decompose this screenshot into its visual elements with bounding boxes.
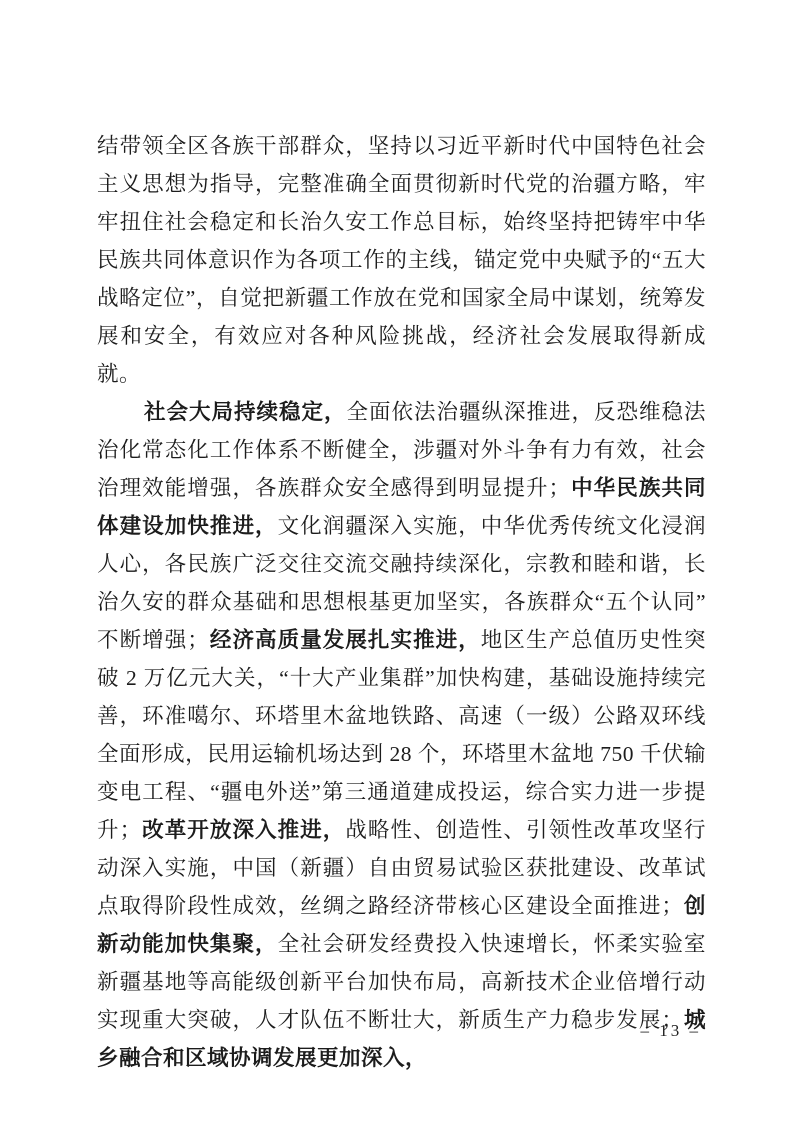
page-footer: – 13 – bbox=[641, 1020, 702, 1042]
page-number: – 13 – bbox=[641, 1021, 702, 1040]
body-text: 地区生产总值历史性突破 2 万亿元大关，“十大产业集群”加快构建，基础设施持续完… bbox=[97, 628, 706, 842]
emphasis-text: 改革开放深入推进， bbox=[142, 818, 346, 842]
document-body: 结带领全区各族干部群众，坚持以习近平新时代中国特色社会主义思想为指导，完整准确全… bbox=[97, 127, 706, 1077]
document-page: 结带领全区各族干部群众，坚持以习近平新时代中国特色社会主义思想为指导，完整准确全… bbox=[0, 0, 793, 1122]
body-text: 结带领全区各族干部群众，坚持以习近平新时代中国特色社会主义思想为指导，完整准确全… bbox=[97, 134, 706, 386]
emphasis-text: 社会大局持续稳定， bbox=[144, 400, 347, 424]
paragraph-continuation: 结带领全区各族干部群众，坚持以习近平新时代中国特色社会主义思想为指导，完整准确全… bbox=[97, 127, 706, 393]
paragraph-achievements: 社会大局持续稳定，全面依法治疆纵深推进，反恐维稳法治化常态化工作体系不断健全，涉… bbox=[97, 393, 706, 1077]
emphasis-text: 经济高质量发展扎实推进， bbox=[209, 628, 480, 652]
